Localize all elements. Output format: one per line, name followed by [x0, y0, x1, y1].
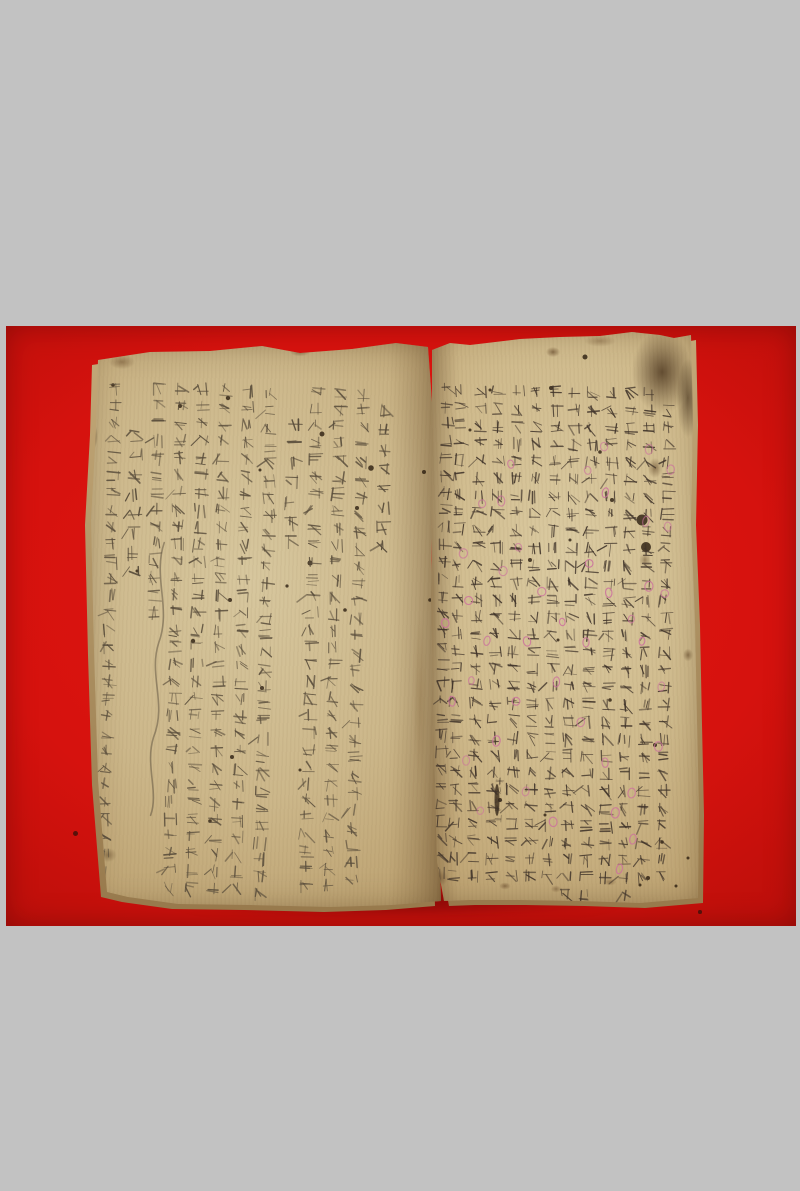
margin-flourish [149, 542, 165, 815]
vermilion-emphasis-mark [507, 460, 515, 469]
vermilion-emphasis-mark [483, 636, 491, 647]
vermilion-emphasis-mark [615, 863, 623, 874]
title-column [121, 430, 144, 577]
vermilion-emphasis-mark [611, 807, 620, 818]
vermilion-emphasis-mark [629, 834, 637, 845]
cloth-speck [73, 831, 78, 836]
vermilion-emphasis-mark [602, 758, 608, 768]
text-column [316, 389, 349, 892]
vermilion-emphasis-mark [600, 442, 608, 451]
text-column [141, 383, 167, 620]
text-column [445, 385, 470, 881]
right-page-text-layer [424, 326, 704, 908]
vermilion-emphasis-mark [583, 638, 589, 647]
text-column [609, 387, 639, 903]
vermilion-emphasis-mark [559, 618, 566, 626]
text-column [499, 385, 525, 881]
text-column [482, 386, 507, 882]
vermilion-emphasis-mark [549, 817, 558, 827]
left-page [84, 340, 442, 912]
vermilion-emphasis-mark [537, 587, 546, 596]
text-column [653, 405, 678, 881]
text-column [201, 383, 233, 894]
manuscript-photo: { "scene": { "type": "photograph", "subj… [0, 0, 800, 1191]
text-column [244, 388, 280, 901]
text-column [521, 387, 545, 881]
vermilion-emphasis-mark [605, 588, 612, 598]
text-column [290, 387, 326, 893]
text-column [631, 388, 659, 885]
title-column [370, 404, 393, 552]
vermilion-emphasis-mark [584, 466, 592, 475]
vermilion-emphasis-mark [628, 615, 635, 623]
vermilion-emphasis-mark [464, 596, 473, 605]
vermilion-emphasis-mark [499, 566, 508, 576]
text-column [460, 386, 488, 882]
vermilion-emphasis-mark [661, 590, 669, 598]
text-column [534, 386, 564, 884]
vermilion-emphasis-mark [441, 618, 449, 628]
title-column [284, 419, 303, 549]
text-column [180, 383, 211, 897]
right-page [424, 326, 704, 908]
vermilion-emphasis-mark [522, 636, 531, 647]
vermilion-emphasis-mark [462, 756, 469, 766]
text-column [156, 383, 189, 896]
text-column [572, 387, 601, 903]
vermilion-emphasis-mark [468, 677, 474, 685]
photo-backdrop [0, 0, 800, 1191]
vermilion-emphasis-mark [627, 788, 636, 799]
text-column [555, 388, 583, 901]
interlinear-note-column [495, 778, 504, 822]
vermilion-emphasis-mark [476, 806, 484, 815]
left-page-text-layer [84, 340, 442, 912]
